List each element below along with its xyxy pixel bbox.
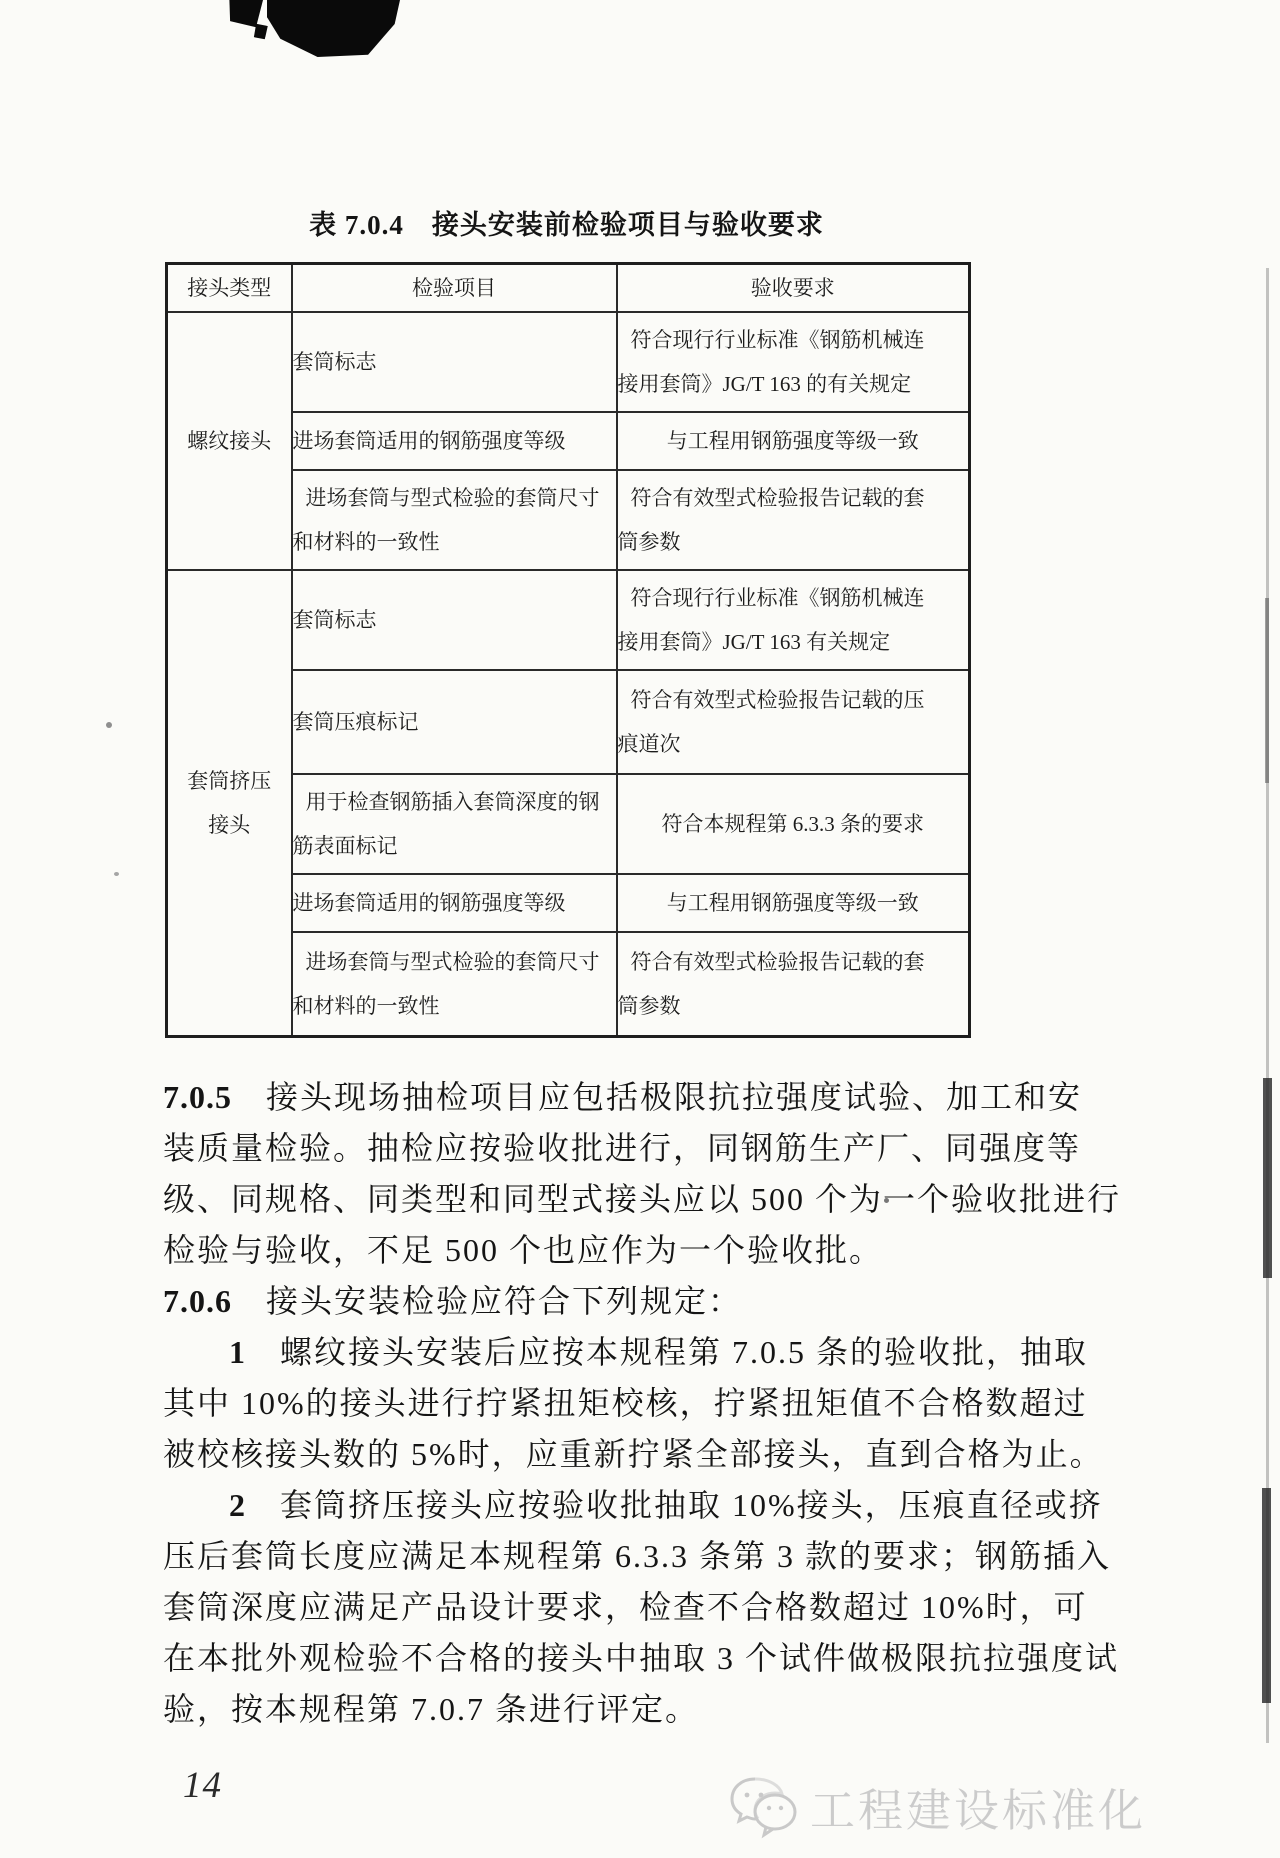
acceptance-requirement: 符合有效型式检验报告记载的压 痕道次 <box>617 670 970 774</box>
item-text: 螺纹接头安装后应按本规程第 7.0.5 条的验收批，抽取 其中 10%的接头进行… <box>163 1334 1104 1472</box>
scan-ink-blob <box>267 0 400 57</box>
body-text: 7.0.5 接头现场抽检项目应包括极限抗拉强度试验、加工和安 装质量检验。抽检应… <box>163 1072 1173 1735</box>
clause-text: 接头安装检验应符合下列规定： <box>232 1283 742 1319</box>
scan-speck <box>106 722 112 728</box>
watermark-text: 工程建设标准化 <box>810 1774 1146 1839</box>
inspection-item: 进场套筒适用的钢筋强度等级 <box>292 412 617 470</box>
acceptance-requirement: 符合本规程第 6.3.3 条的要求 <box>617 774 970 874</box>
table-row: 套筒挤压 接头 套筒标志 符合现行行业标准《钢筋机械连 接用套筒》JG/T 16… <box>167 570 970 670</box>
acceptance-requirement: 与工程用钢筋强度等级一致 <box>617 412 970 470</box>
inspection-item: 套筒标志 <box>292 570 617 670</box>
column-header-inspection-item: 检验项目 <box>292 264 617 313</box>
scan-edge-mark <box>1265 598 1269 783</box>
clause-text: 接头现场抽检项目应包括极限抗拉强度试验、加工和安 装质量检验。抽检应按验收批进行… <box>163 1079 1121 1268</box>
clause-7-0-6-item-1: 1 螺纹接头安装后应按本规程第 7.0.5 条的验收批，抽取 其中 10%的接头… <box>163 1327 1173 1480</box>
inspection-item: 进场套筒与型式检验的套筒尺寸 和材料的一致性 <box>292 932 617 1036</box>
clause-7-0-6-item-2: 2 套筒挤压接头应按验收批抽取 10%接头，压痕直径或挤 压后套筒长度应满足本规… <box>163 1480 1173 1735</box>
item-number: 1 <box>163 1334 246 1370</box>
column-header-joint-type: 接头类型 <box>167 264 292 313</box>
joint-type-sleeve-extrusion: 套筒挤压 接头 <box>167 570 292 1036</box>
scan-edge-mark <box>1263 1078 1272 1278</box>
column-header-acceptance-requirement: 验收要求 <box>617 264 970 313</box>
item-number: 2 <box>163 1487 246 1523</box>
item-text: 套筒挤压接头应按验收批抽取 10%接头，压痕直径或挤 压后套筒长度应满足本规程第… <box>163 1487 1119 1727</box>
table-header-row: 接头类型 检验项目 验收要求 <box>167 264 970 313</box>
joint-type-threaded: 螺纹接头 <box>167 312 292 570</box>
inspection-item: 用于检查钢筋插入套筒深度的钢 筋表面标记 <box>292 774 617 874</box>
acceptance-requirement: 符合有效型式检验报告记载的套 筒参数 <box>617 470 970 570</box>
scan-speck <box>114 872 119 876</box>
scan-edge-mark <box>1262 1488 1271 1703</box>
inspection-item: 套筒压痕标记 <box>292 670 617 774</box>
table-title: 表 7.0.4 接头安装前检验项目与验收要求 <box>165 203 968 242</box>
acceptance-requirement: 符合现行行业标准《钢筋机械连 接用套筒》JG/T 163 的有关规定 <box>617 312 970 412</box>
inspection-table: 接头类型 检验项目 验收要求 螺纹接头 套筒标志 符合现行行业标准《钢筋机械连 … <box>165 262 971 1038</box>
wechat-logo-icon <box>728 1775 802 1839</box>
clause-number: 7.0.6 <box>163 1283 232 1319</box>
acceptance-requirement: 与工程用钢筋强度等级一致 <box>617 874 970 932</box>
inspection-item: 进场套筒适用的钢筋强度等级 <box>292 874 617 932</box>
clause-7-0-6: 7.0.6 接头安装检验应符合下列规定： <box>163 1276 1173 1327</box>
acceptance-requirement: 符合有效型式检验报告记载的套 筒参数 <box>617 932 970 1036</box>
inspection-item: 套筒标志 <box>292 312 617 412</box>
document-page: { "page": { "table_title": "表 7.0.4 接头安装… <box>0 0 1280 1858</box>
watermark: 工程建设标准化 <box>728 1774 1146 1839</box>
acceptance-requirement: 符合现行行业标准《钢筋机械连 接用套筒》JG/T 163 有关规定 <box>617 570 970 670</box>
clause-number: 7.0.5 <box>163 1079 232 1115</box>
inspection-item: 进场套筒与型式检验的套筒尺寸 和材料的一致性 <box>292 470 617 570</box>
page-number: 14 <box>183 1764 222 1807</box>
table-row: 螺纹接头 套筒标志 符合现行行业标准《钢筋机械连 接用套筒》JG/T 163 的… <box>167 312 970 412</box>
clause-7-0-5: 7.0.5 接头现场抽检项目应包括极限抗拉强度试验、加工和安 装质量检验。抽检应… <box>163 1072 1173 1276</box>
